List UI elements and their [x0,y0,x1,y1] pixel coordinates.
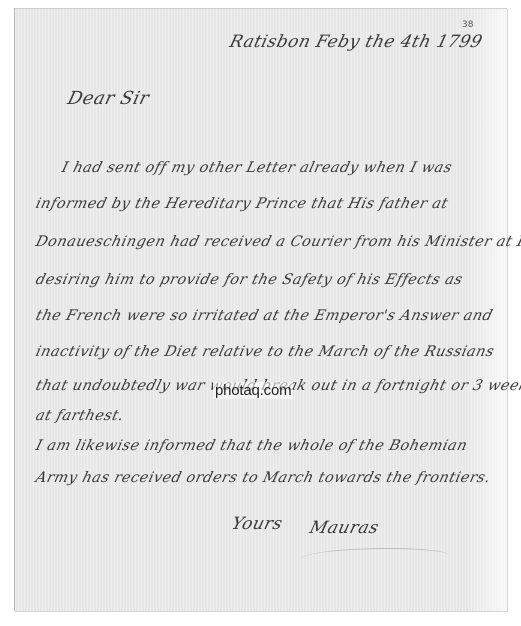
signature-flourish [300,548,450,567]
dateline: Ratisbon Feby the 4th 1799 [228,32,485,52]
closing: Yours [230,514,285,534]
body-line: I had sent off my other Letter already w… [60,160,454,176]
body-line: inactivity of the Diet relative to the M… [34,344,496,360]
body-line: at farthest. [34,408,126,424]
body-line: Army has received orders to March toward… [34,470,492,486]
body-line: I am likewise informed that the whole of… [34,438,469,454]
body-line: Donaueschingen had received a Courier fr… [34,234,521,250]
body-line: desiring him to provide for the Safety o… [34,272,464,288]
body-line: the French were so irritated at the Empe… [34,308,494,324]
watermark: photaq.com [213,382,293,399]
signature: Mauras [308,518,381,538]
folio-number: 38 [462,20,473,30]
salutation: Dear Sir [65,88,151,109]
body-line: informed by the Hereditary Prince that H… [34,196,450,212]
